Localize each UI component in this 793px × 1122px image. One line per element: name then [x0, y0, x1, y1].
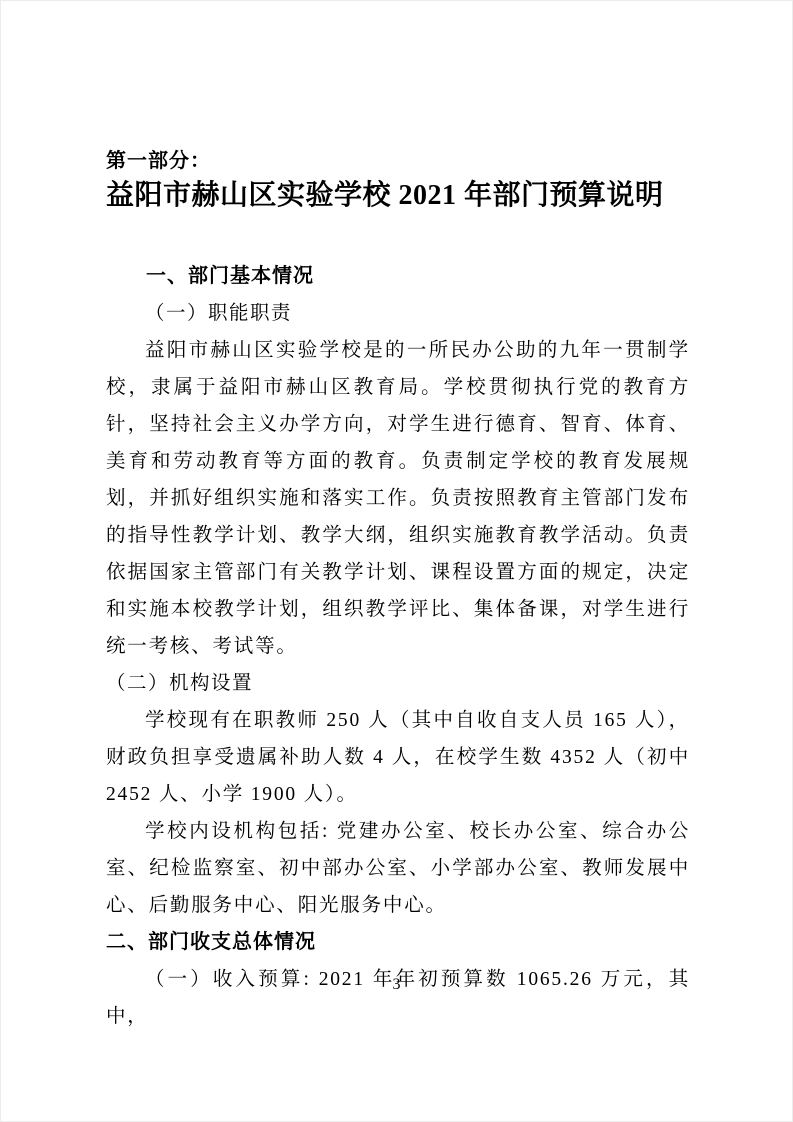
section-heading-basic-info: 一、部门基本情况	[106, 258, 690, 295]
section-heading-budget-overview: 二、部门收支总体情况	[106, 924, 690, 961]
subsection-heading-duties: （一）职能职责	[106, 295, 690, 332]
document-content: 第一部分： 益阳市赫山区实验学校 2021 年部门预算说明 一、部门基本情况 （…	[106, 146, 690, 1035]
paragraph-income-budget: （一）收入预算: 2021 年年初预算数 1065.26 万元，其中，	[106, 961, 690, 1035]
subsection-heading-organization: （二）机构设置	[106, 665, 690, 702]
part-label: 第一部分：	[106, 146, 690, 176]
paragraph-duties: 益阳市赫山区实验学校是的一所民办公助的九年一贯制学校，隶属于益阳市赫山区教育局。…	[106, 332, 690, 665]
paragraph-staffing: 学校现有在职教师 250 人（其中自收自支人员 165 人），财政负担享受遗属补…	[106, 702, 690, 813]
document-page: 第一部分： 益阳市赫山区实验学校 2021 年部门预算说明 一、部门基本情况 （…	[0, 0, 793, 1122]
page-number: 3	[1, 975, 792, 995]
paragraph-internal-offices: 学校内设机构包括: 党建办公室、校长办公室、综合办公室、纪检监察室、初中部办公室…	[106, 813, 690, 924]
document-title: 益阳市赫山区实验学校 2021 年部门预算说明	[106, 176, 690, 216]
